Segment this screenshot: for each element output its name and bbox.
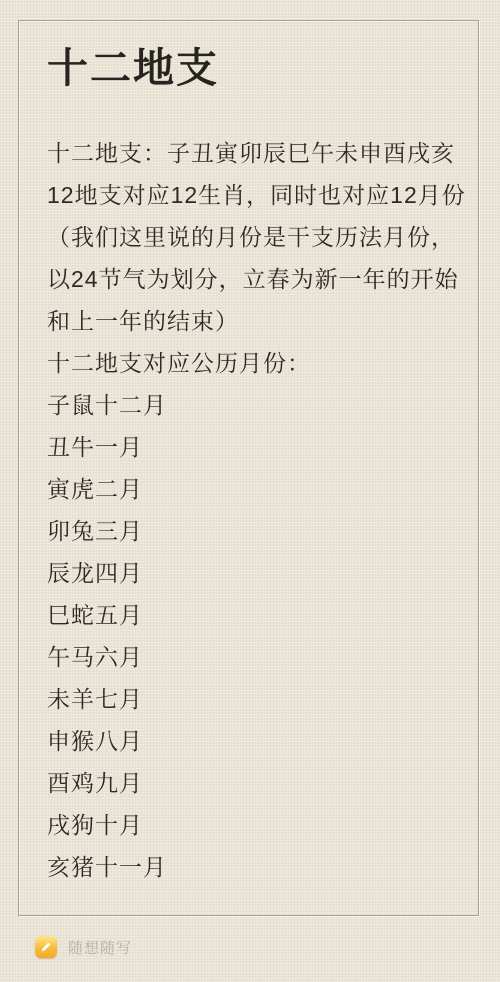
month-line: 辰龙四月 — [47, 552, 454, 594]
page-title: 十二地支 — [47, 45, 454, 92]
month-line: 酉鸡九月 — [47, 762, 454, 804]
card-border-frame: 十二地支 十二地支：子丑寅卯辰巳午未申酉戌亥 12地支对应12生肖，同时也对应1… — [18, 20, 479, 916]
month-line: 申猴八月 — [47, 720, 454, 762]
card-body: 十二地支：子丑寅卯辰巳午未申酉戌亥 12地支对应12生肖，同时也对应12月份 （… — [47, 132, 454, 888]
month-line: 午马六月 — [47, 636, 454, 678]
month-line: 亥猪十一月 — [47, 846, 454, 888]
pencil-icon — [35, 936, 57, 958]
month-line: 寅虎二月 — [47, 468, 454, 510]
month-line: 卯兔三月 — [47, 510, 454, 552]
intro-line: （我们这里说的月份是干支历法月份， — [47, 216, 454, 258]
month-line: 巳蛇五月 — [47, 594, 454, 636]
intro-line: 12地支对应12生肖，同时也对应12月份 — [47, 174, 454, 216]
month-line: 子鼠十二月 — [47, 384, 454, 426]
intro-line: 以24节气为划分，立春为新一年的开始 — [47, 258, 454, 300]
app-name: 随想随写 — [68, 937, 132, 958]
month-line: 未羊七月 — [47, 678, 454, 720]
app-watermark: 随想随写 — [35, 933, 132, 961]
month-line: 丑牛一月 — [47, 426, 454, 468]
intro-line: 十二地支：子丑寅卯辰巳午未申酉戌亥 — [47, 132, 454, 174]
month-line: 戌狗十月 — [47, 804, 454, 846]
section-label: 十二地支对应公历月份： — [47, 342, 454, 384]
intro-line: 和上一年的结束） — [47, 300, 454, 342]
